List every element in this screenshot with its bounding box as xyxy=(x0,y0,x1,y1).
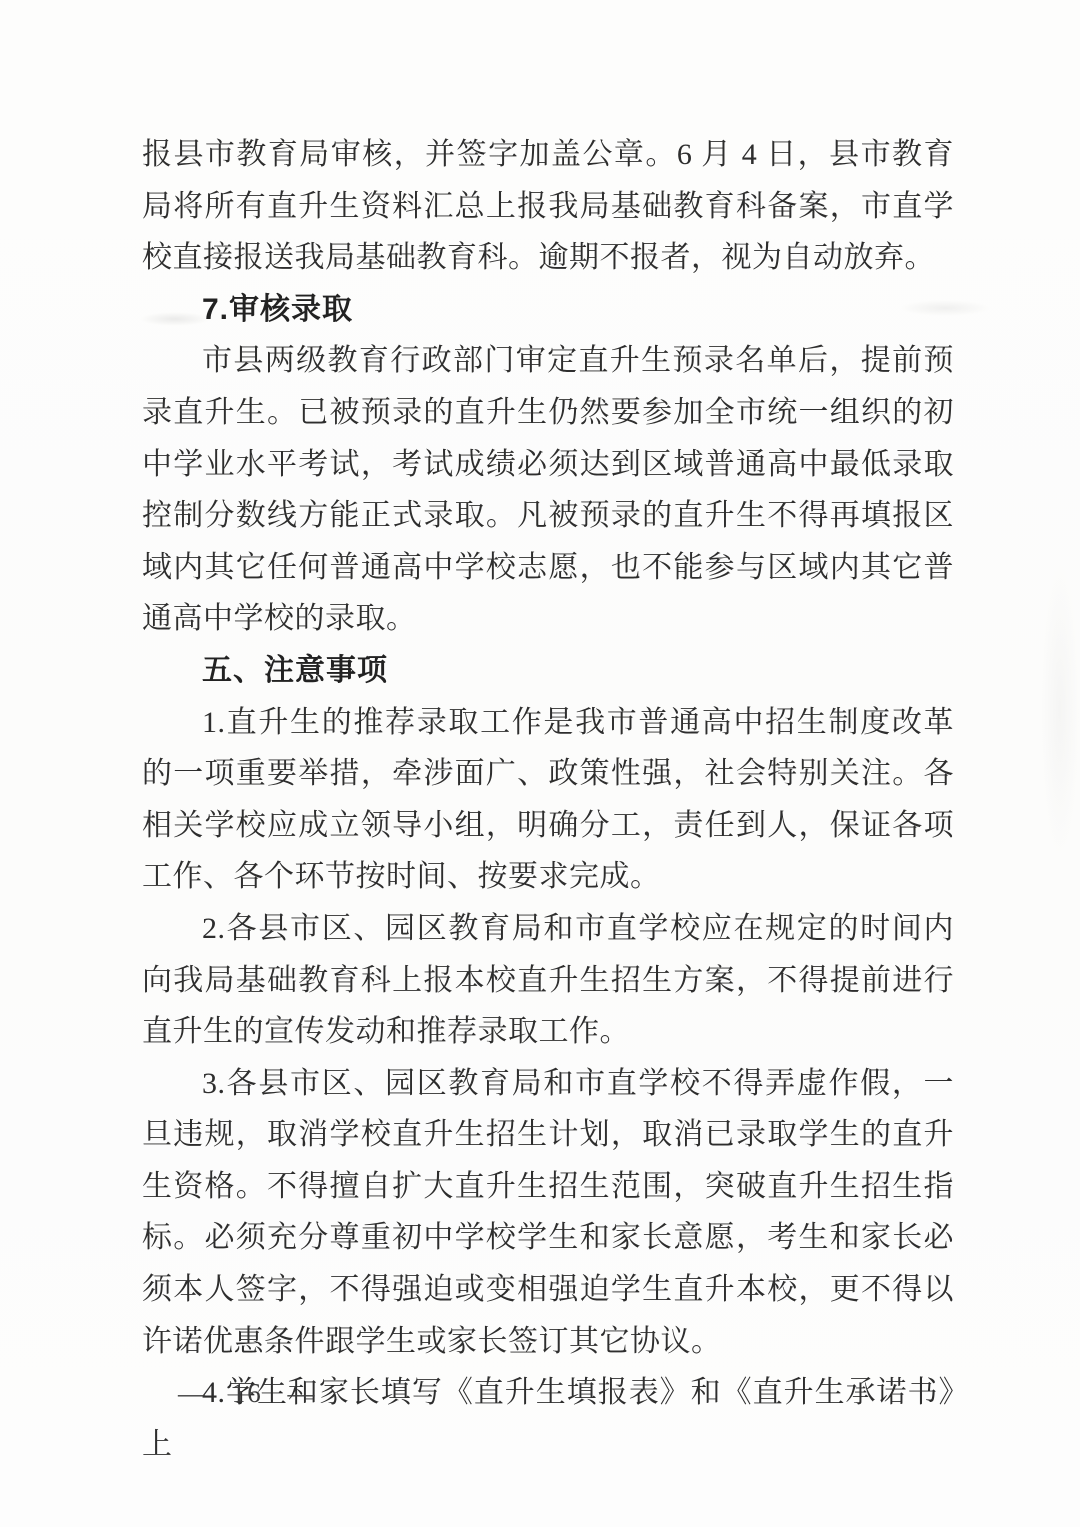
document-body: 报县市教育局审核，并签字加盖公章。6 月 4 日，县市教育局将所有直升生资料汇总… xyxy=(142,129,954,1470)
paragraph-review-admission-body: 市县两级教育行政部门审定直升生预录名单后，提前预录直升生。已被预录的直升生仍然要… xyxy=(142,335,954,645)
paragraph-note-1: 1.直升生的推荐录取工作是我市普通高中招生制度改革的一项重要举措，牵涉面广、政策… xyxy=(142,697,954,903)
section-heading-7-review-admission: 7.审核录取 xyxy=(142,284,954,336)
scan-artifact xyxy=(1040,560,1080,860)
section-heading-5-notes: 五、注意事项 xyxy=(142,645,954,697)
document-page: 报县市教育局审核，并签字加盖公章。6 月 4 日，县市教育局将所有直升生资料汇总… xyxy=(0,0,1080,1527)
paragraph-note-2: 2.各县市区、园区教育局和市直学校应在规定的时间内向我局基础教育科上报本校直升生… xyxy=(142,903,954,1058)
paragraph-note-3: 3.各县市区、园区教育局和市直学校不得弄虚作假，一旦违规，取消学校直升生招生计划… xyxy=(142,1058,954,1368)
paragraph-continuation-report-review: 报县市教育局审核，并签字加盖公章。6 月 4 日，县市教育局将所有直升生资料汇总… xyxy=(142,129,954,284)
page-number: — 16 — xyxy=(178,1378,317,1409)
